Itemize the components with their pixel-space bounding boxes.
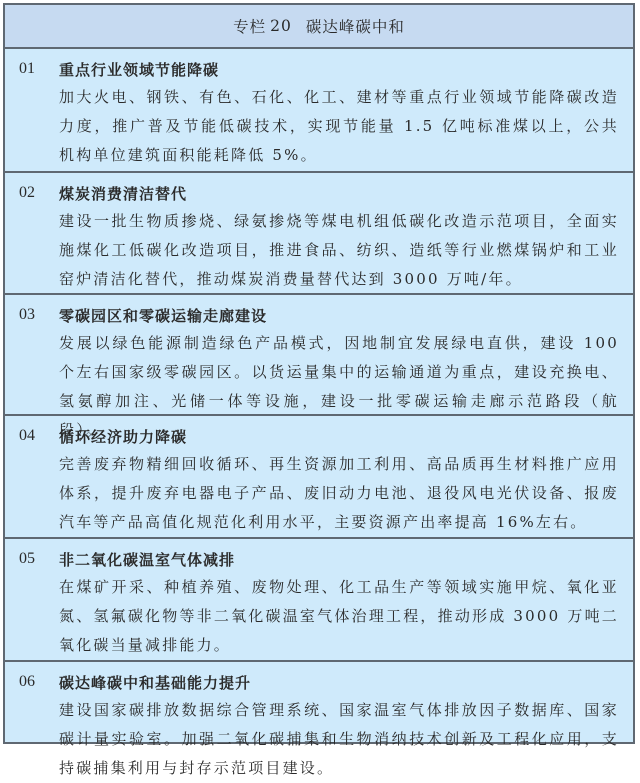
section-title: 零碳园区和零碳运输走廊建设: [59, 305, 267, 326]
column-label: 专栏: [233, 15, 266, 37]
section-title: 重点行业领域节能降碳: [59, 59, 219, 80]
column-header: 专栏 20 碳达峰碳中和: [5, 5, 633, 49]
section-title: 非二氧化碳温室气体减排: [59, 549, 235, 570]
section-number: 02: [19, 184, 59, 202]
section-number: 03: [19, 306, 59, 324]
section-number: 06: [19, 673, 59, 691]
section-04: 04 循环经济助力降碳 完善废弃物精细回收循环、再生资源加工利用、高品质再生材料…: [5, 416, 633, 539]
section-body: 建设国家碳排放数据综合管理系统、国家温室气体排放因子数据库、国家碳计量实验室。加…: [59, 696, 619, 749]
section-02: 02 煤炭消费清洁替代 建设一批生物质掺烧、绿氨掺烧等煤电机组低碳化改造示范项目…: [5, 173, 633, 295]
section-body: 加大火电、钢铁、有色、石化、化工、建材等重点行业领域节能降碳改造力度，推广普及节…: [59, 83, 619, 170]
section-number: 04: [19, 427, 59, 445]
section-body: 在煤矿开采、种植养殖、废物处理、化工品生产等领域实施甲烷、氧化亚氮、氢氟碳化物等…: [59, 573, 619, 660]
section-body: 建设一批生物质掺烧、绿氨掺烧等煤电机组低碳化改造示范项目，全面实施煤化工低碳化改…: [59, 207, 619, 294]
section-number: 05: [19, 550, 59, 568]
column-number: 20: [270, 17, 292, 35]
section-01: 01 重点行业领域节能降碳 加大火电、钢铁、有色、石化、化工、建材等重点行业领域…: [5, 49, 633, 173]
section-title: 碳达峰碳中和基础能力提升: [59, 672, 251, 693]
section-title: 煤炭消费清洁替代: [59, 183, 187, 204]
section-06: 06 碳达峰碳中和基础能力提升 建设国家碳排放数据综合管理系统、国家温室气体排放…: [5, 662, 633, 749]
section-05: 05 非二氧化碳温室气体减排 在煤矿开采、种植养殖、废物处理、化工品生产等领域实…: [5, 539, 633, 662]
column-title: 碳达峰碳中和: [306, 15, 405, 37]
section-03: 03 零碳园区和零碳运输走廊建设 发展以绿色能源制造绿色产品模式，因地制宜发展绿…: [5, 295, 633, 416]
section-number: 01: [19, 60, 59, 78]
section-title: 循环经济助力降碳: [59, 426, 187, 447]
column-box: 专栏 20 碳达峰碳中和 01 重点行业领域节能降碳 加大火电、钢铁、有色、石化…: [3, 3, 635, 744]
section-body: 完善废弃物精细回收循环、再生资源加工利用、高品质再生材料推广应用体系，提升废弃电…: [59, 450, 619, 537]
